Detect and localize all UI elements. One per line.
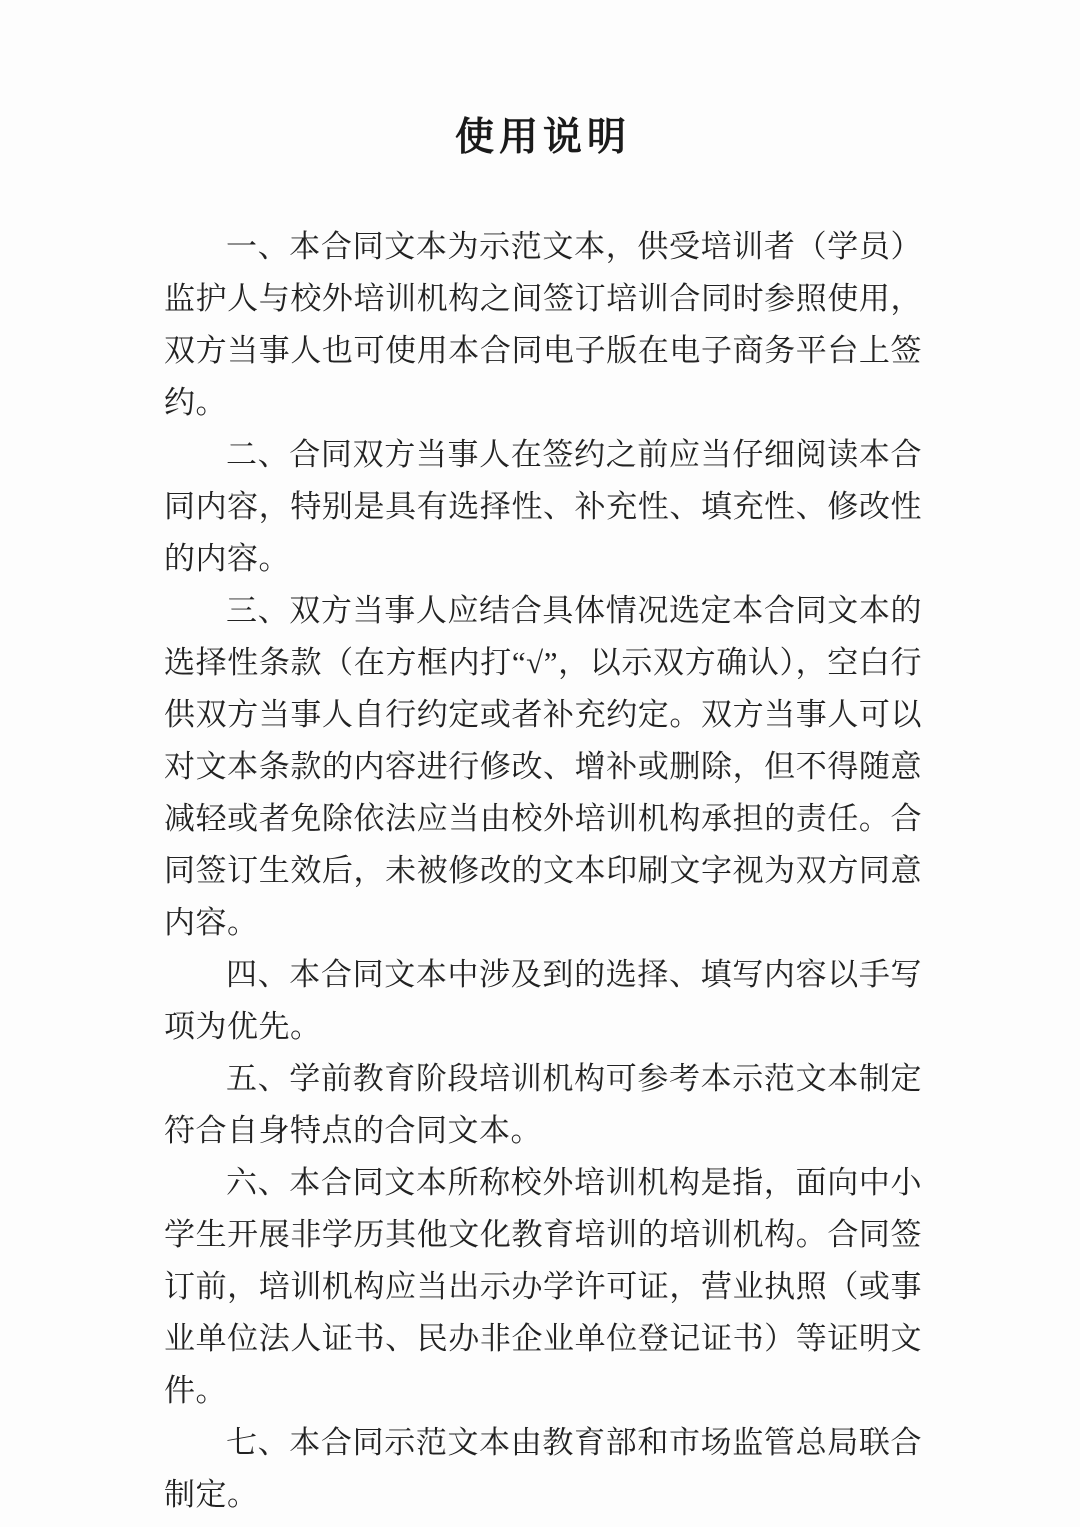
paragraph: 七、本合同示范文本由教育部和市场监管总局联合制定。 [164, 1417, 922, 1521]
document-page: 使用说明 一、本合同文本为示范文本，供受培训者（学员）监护人与校外培训机构之间签… [0, 0, 1080, 1527]
paragraph: 三、双方当事人应结合具体情况选定本合同文本的选择性条款（在方框内打“√”，以示双… [164, 585, 922, 949]
paragraph: 二、合同双方当事人在签约之前应当仔细阅读本合同内容，特别是具有选择性、补充性、填… [164, 429, 922, 585]
document-title: 使用说明 [164, 115, 922, 161]
document-body: 一、本合同文本为示范文本，供受培训者（学员）监护人与校外培训机构之间签订培训合同… [164, 221, 922, 1521]
paragraph: 五、学前教育阶段培训机构可参考本示范文本制定符合自身特点的合同文本。 [164, 1053, 922, 1157]
paragraph: 一、本合同文本为示范文本，供受培训者（学员）监护人与校外培训机构之间签订培训合同… [164, 221, 922, 429]
paragraph: 四、本合同文本中涉及到的选择、填写内容以手写项为优先。 [164, 949, 922, 1053]
paragraph: 六、本合同文本所称校外培训机构是指，面向中小学生开展非学历其他文化教育培训的培训… [164, 1157, 922, 1417]
